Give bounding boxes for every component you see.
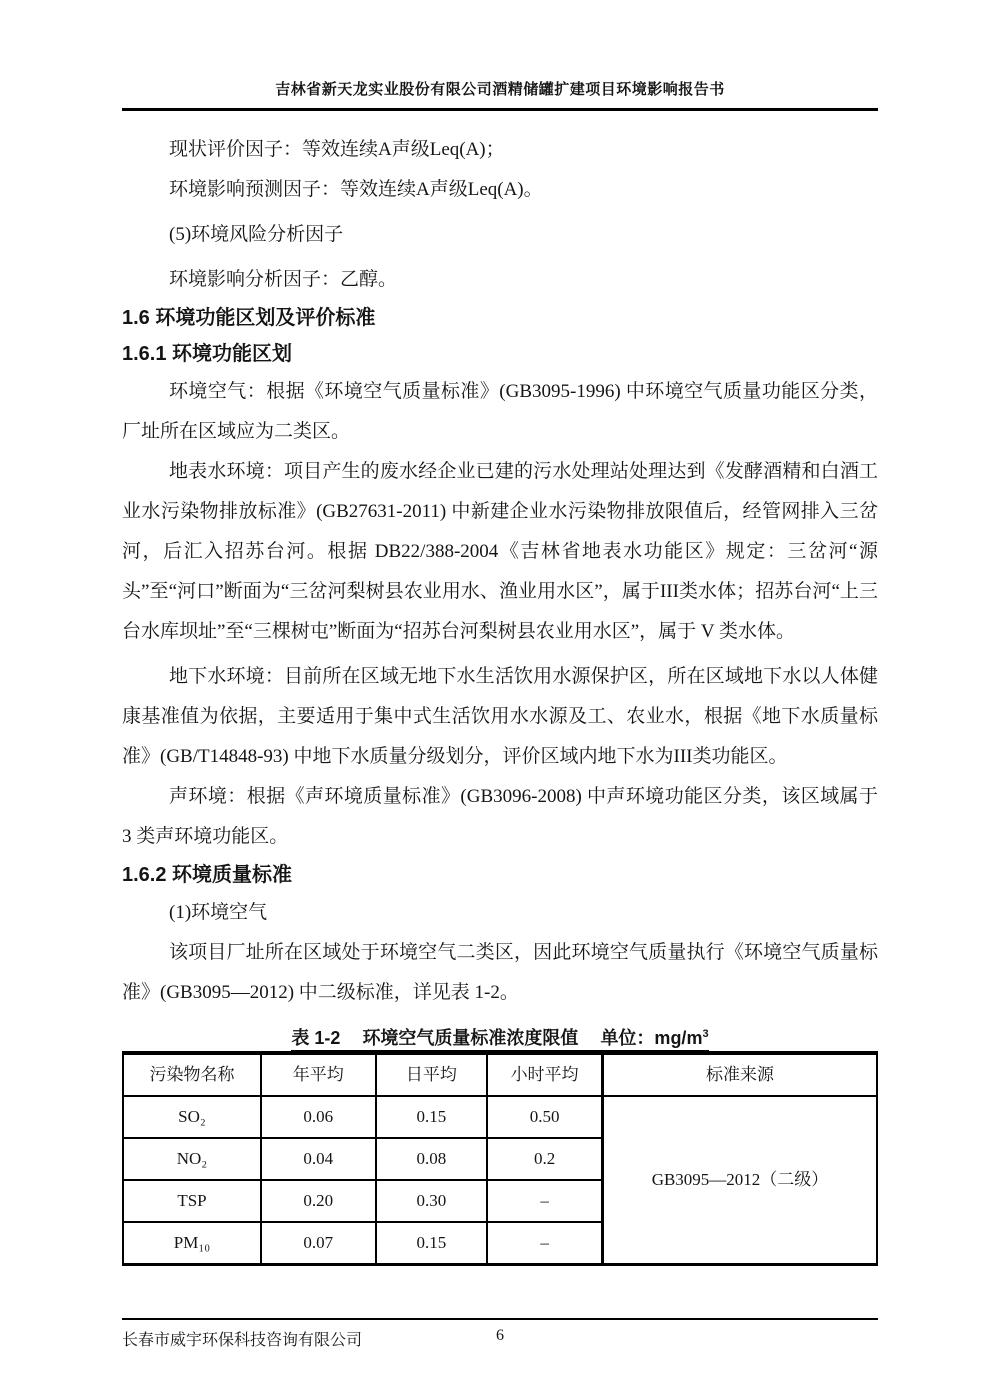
paragraph-ambient-air: 环境空气：根据《环境空气质量标准》(GB3095-1996) 中环境空气质量功能… [122, 372, 878, 452]
column-header-annual: 年平均 [261, 1053, 376, 1096]
paragraph-risk-heading: (5)环境风险分析因子 [122, 215, 878, 255]
column-header-pollutant: 污染物名称 [123, 1053, 261, 1096]
page-number: 6 [496, 1327, 504, 1345]
cell-pollutant: PM₁₀ [123, 1222, 261, 1265]
column-header-daily: 日平均 [376, 1053, 488, 1096]
table-caption: 表 1-2环境空气质量标准浓度限值单位：mg/m3 [122, 1019, 878, 1049]
document-page: 吉林省新天龙实业股份有限公司酒精储罐扩建项目环境影响报告书 现状评价因子：等效连… [0, 0, 1000, 1400]
cell-daily: 0.15 [376, 1096, 488, 1138]
section-heading-1-6-2: 1.6.2 环境质量标准 [122, 857, 878, 893]
section-heading-1-6: 1.6 环境功能区划及评价标准 [122, 300, 878, 336]
cell-annual: 0.20 [261, 1180, 376, 1222]
air-quality-standard-table: 污染物名称 年平均 日平均 小时平均 标准来源 SO₂ 0.06 0.15 0.… [122, 1051, 878, 1266]
column-header-hourly: 小时平均 [487, 1053, 602, 1096]
page-body: 现状评价因子：等效连续A声级Leq(A)； 环境影响预测因子：等效连续A声级Le… [122, 130, 878, 1266]
column-header-source: 标准来源 [603, 1053, 878, 1096]
cell-daily: 0.15 [376, 1222, 488, 1265]
paragraph-surface-water: 地表水环境：项目产生的废水经企业已建的污水处理站处理达到《发酵酒精和白酒工业水污… [122, 452, 878, 652]
cell-annual: 0.04 [261, 1138, 376, 1180]
cell-hourly: 0.2 [487, 1138, 602, 1180]
paragraph-predict-factor: 环境影响预测因子：等效连续A声级Leq(A)。 [122, 170, 878, 210]
cell-hourly: – [487, 1222, 602, 1265]
table-row: SO₂ 0.06 0.15 0.50 GB3095—2012（二级） [123, 1096, 877, 1138]
unit-superscript: 3 [702, 1028, 708, 1040]
cell-hourly: 0.50 [487, 1096, 602, 1138]
page-header: 吉林省新天龙实业股份有限公司酒精储罐扩建项目环境影响报告书 [122, 78, 878, 111]
footer-company: 长春市威宇环保科技咨询有限公司 [122, 1327, 362, 1350]
table-caption-title: 环境空气质量标准浓度限值 [362, 1028, 578, 1048]
page-footer: 长春市威宇环保科技咨询有限公司 6 [122, 1318, 878, 1350]
cell-pollutant: NO₂ [123, 1138, 261, 1180]
header-title: 吉林省新天龙实业股份有限公司酒精储罐扩建项目环境影响报告书 [275, 82, 725, 98]
cell-hourly: – [487, 1180, 602, 1222]
table-header-row: 污染物名称 年平均 日平均 小时平均 标准来源 [123, 1053, 877, 1096]
cell-annual: 0.07 [261, 1222, 376, 1265]
cell-daily: 0.30 [376, 1180, 488, 1222]
paragraph-noise: 声环境：根据《声环境质量标准》(GB3096-2008) 中声环境功能区分类，该… [122, 777, 878, 857]
paragraph-air-quality-standard: 该项目厂址所在区域处于环境空气二类区，因此环境空气质量执行《环境空气质量标准》(… [122, 933, 878, 1013]
table-caption-unit: 单位：mg/m3 [600, 1028, 708, 1048]
cell-pollutant: SO₂ [123, 1096, 261, 1138]
table-caption-label: 表 1-2 [291, 1028, 340, 1048]
section-heading-1-6-1: 1.6.1 环境功能区划 [122, 336, 878, 372]
paragraph-air-item: (1)环境空气 [122, 893, 878, 933]
cell-source-standard: GB3095—2012（二级） [603, 1096, 878, 1265]
cell-daily: 0.08 [376, 1138, 488, 1180]
cell-pollutant: TSP [123, 1180, 261, 1222]
paragraph-groundwater: 地下水环境：目前所在区域无地下水生活饮用水源保护区，所在区域地下水以人体健康基准… [122, 657, 878, 777]
paragraph-risk-factor: 环境影响分析因子：乙醇。 [122, 260, 878, 300]
paragraph-status-factor: 现状评价因子：等效连续A声级Leq(A)； [122, 130, 878, 170]
cell-annual: 0.06 [261, 1096, 376, 1138]
